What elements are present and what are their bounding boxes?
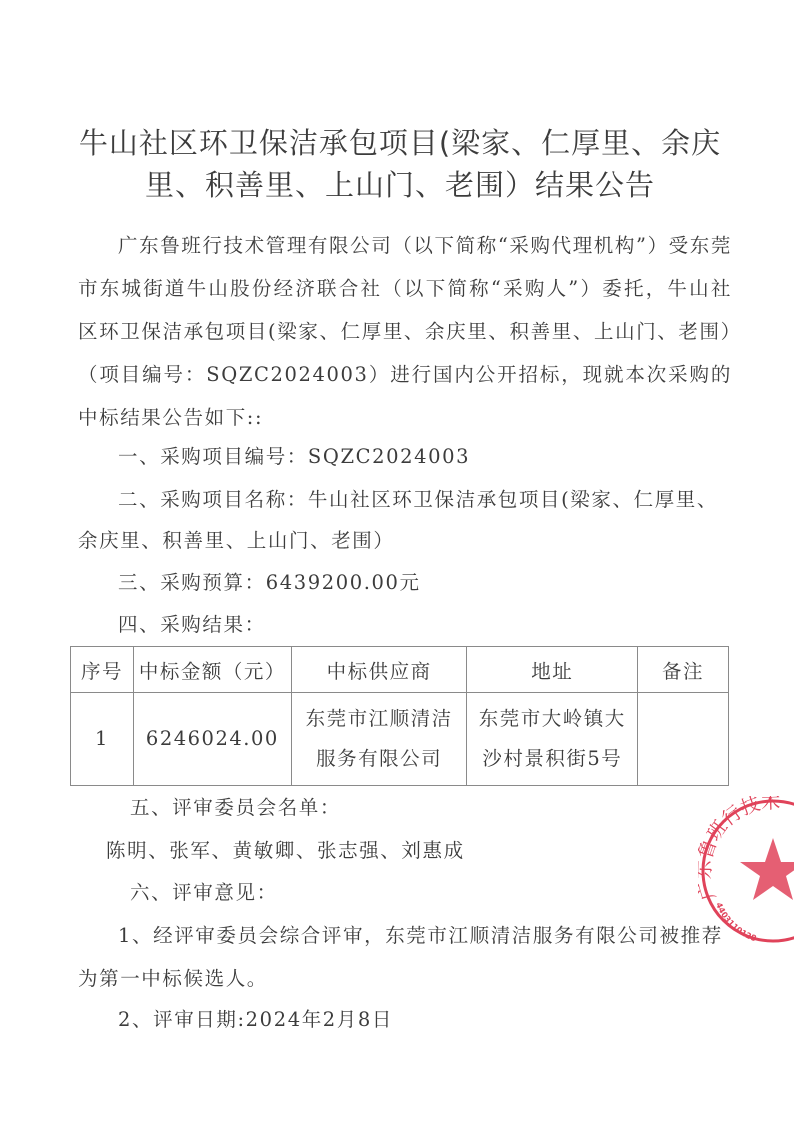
table-header-row: 序号 中标金额（元） 中标供应商 地址 备注 bbox=[71, 647, 729, 693]
section-project-number: 一、采购项目编号：SQZC2024003 bbox=[118, 442, 470, 472]
supplier-line-2: 服务有限公司 bbox=[292, 739, 467, 779]
cell-amount: 6246024.00 bbox=[133, 693, 291, 786]
company-seal-icon: 广东鲁班行技术 4403110128 bbox=[698, 796, 794, 946]
cell-address: 东莞市大岭镇大 沙村景积街5号 bbox=[467, 693, 638, 786]
header-index: 序号 bbox=[71, 647, 134, 693]
page-title: 牛山社区环卫保洁承包项目(梁家、仁厚里、余庆 里、积善里、上山门、老围）结果公告 bbox=[60, 122, 740, 206]
header-remark: 备注 bbox=[638, 647, 729, 693]
table-row: 1 6246024.00 东莞市江顺清洁 服务有限公司 东莞市大岭镇大 沙村景积… bbox=[71, 693, 729, 786]
title-line-2: 里、积善里、上山门、老围）结果公告 bbox=[60, 164, 740, 206]
header-supplier: 中标供应商 bbox=[291, 647, 467, 693]
opinion-item-1-line-2: 为第一中标候选人。 bbox=[78, 964, 268, 994]
svg-text:4403110128: 4403110128 bbox=[714, 901, 758, 943]
header-amount: 中标金额（元） bbox=[133, 647, 291, 693]
section-opinion: 六、评审意见： bbox=[130, 878, 278, 908]
section-project-name-2: 余庆里、积善里、上山门、老围） bbox=[78, 526, 395, 556]
cell-supplier: 东莞市江顺清洁 服务有限公司 bbox=[291, 693, 467, 786]
opinion-item-2-date: 2、评审日期:2024年2月8日 bbox=[118, 1005, 393, 1035]
address-line-2: 沙村景积街5号 bbox=[467, 739, 637, 779]
opinion-item-1-line-1: 1、经评审委员会综合评审，东莞市江顺清洁服务有限公司被推荐 bbox=[118, 921, 723, 951]
section-committee: 五、评审委员会名单： bbox=[130, 793, 341, 823]
supplier-line-1: 东莞市江顺清洁 bbox=[292, 699, 467, 739]
section-budget: 三、采购预算：6439200.00元 bbox=[118, 568, 421, 598]
header-address: 地址 bbox=[467, 647, 638, 693]
committee-names: 陈明、张军、黄敏卿、张志强、刘惠成 bbox=[106, 836, 465, 866]
section-project-name-1: 二、采购项目名称：牛山社区环卫保洁承包项目(梁家、仁厚里、 bbox=[118, 485, 718, 515]
cell-index: 1 bbox=[71, 693, 134, 786]
address-line-1: 东莞市大岭镇大 bbox=[467, 699, 637, 739]
cell-remark bbox=[638, 693, 729, 786]
result-table: 序号 中标金额（元） 中标供应商 地址 备注 1 6246024.00 东莞市江… bbox=[70, 646, 729, 786]
title-line-1: 牛山社区环卫保洁承包项目(梁家、仁厚里、余庆 bbox=[60, 122, 740, 164]
intro-paragraph: 广东鲁班行技术管理有限公司（以下简称“采购代理机构”）受东莞市东城街道牛山股份经… bbox=[78, 224, 732, 439]
section-result: 四、采购结果： bbox=[118, 610, 266, 640]
